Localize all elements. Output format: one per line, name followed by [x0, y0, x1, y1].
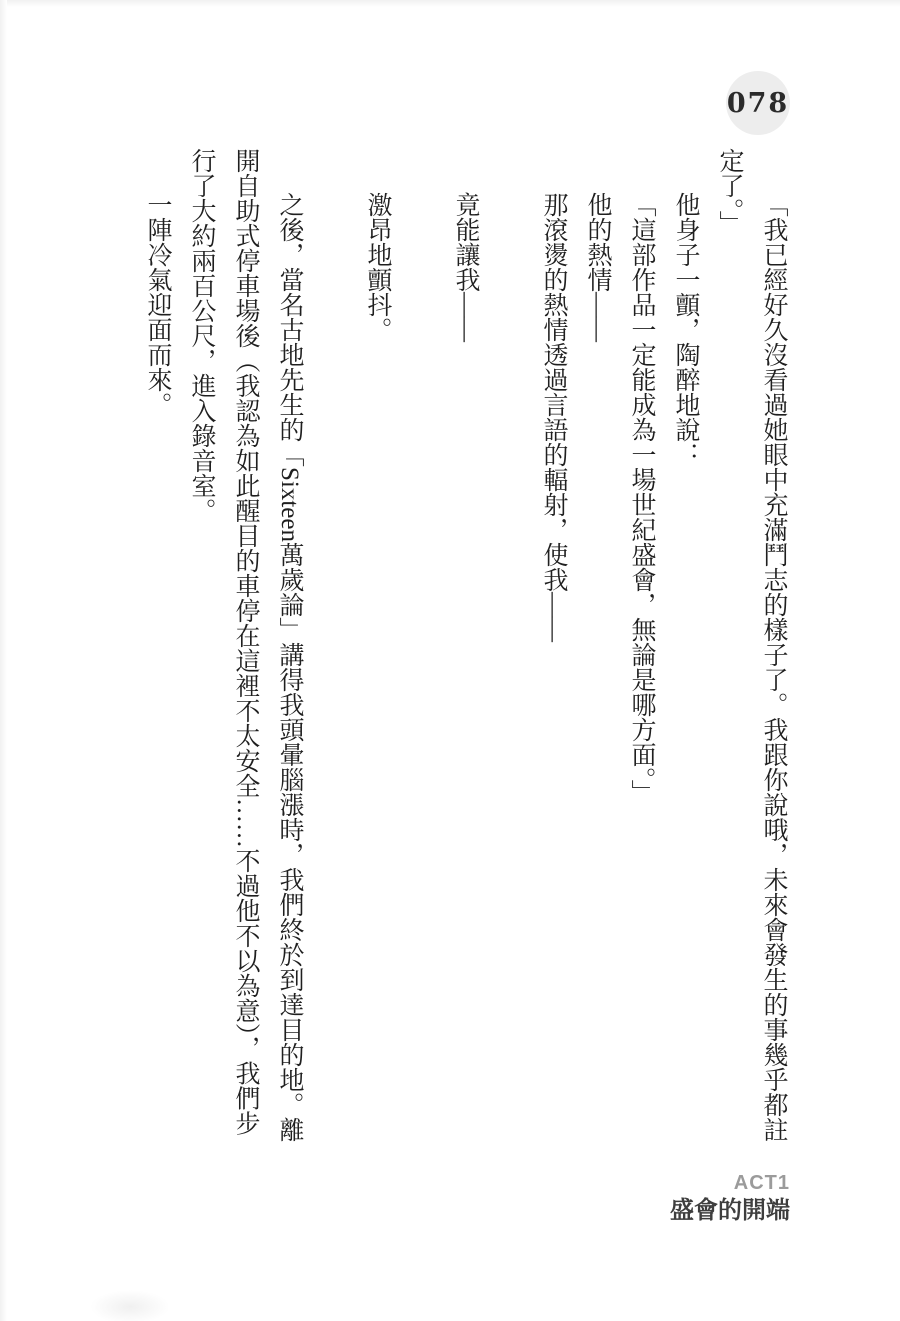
paragraph: 激昂地顫抖。 [355, 148, 399, 1153]
chapter-title: 盛會的開端 [670, 1197, 790, 1226]
page-number-badge: 078 [726, 71, 790, 135]
paragraph: 他的熱情—— [575, 148, 619, 1153]
paragraph: 竟能讓我—— [443, 148, 487, 1153]
paragraph: 「這部作品一定能成為一場世紀盛會，無論是哪方面。」 [619, 148, 663, 1153]
act-label: ACT1 [670, 1171, 790, 1195]
scan-edge-left [0, 0, 7, 1321]
book-page: 078 「我已經好久沒看過她眼中充滿鬥志的樣子了。我跟你說哦，未來會發生的事幾乎… [0, 0, 900, 1321]
paragraph: 之後，當名古地先生的「Sixteen萬歲論」講得我頭暈腦漲時，我們終於到達目的地… [179, 148, 311, 1153]
novel-text: 「我已經好久沒看過她眼中充滿鬥志的樣子了。我跟你說哦，未來會發生的事幾乎都註定了… [135, 148, 795, 1153]
page-number: 078 [727, 88, 789, 119]
paragraph: 一陣冷氣迎面而來。 [135, 148, 179, 1153]
paragraph: 「我已經好久沒看過她眼中充滿鬥志的樣子了。我跟你說哦，未來會發生的事幾乎都註定了… [707, 148, 795, 1153]
chapter-footer: ACT1 盛會的開端 [670, 1171, 790, 1226]
scan-smudge [90, 1290, 170, 1321]
paragraph: 他身子一顫，陶醉地說： [663, 148, 707, 1153]
scan-edge-top [0, 0, 900, 7]
paragraph: 那滾燙的熱情透過言語的輻射，使我—— [531, 148, 575, 1153]
